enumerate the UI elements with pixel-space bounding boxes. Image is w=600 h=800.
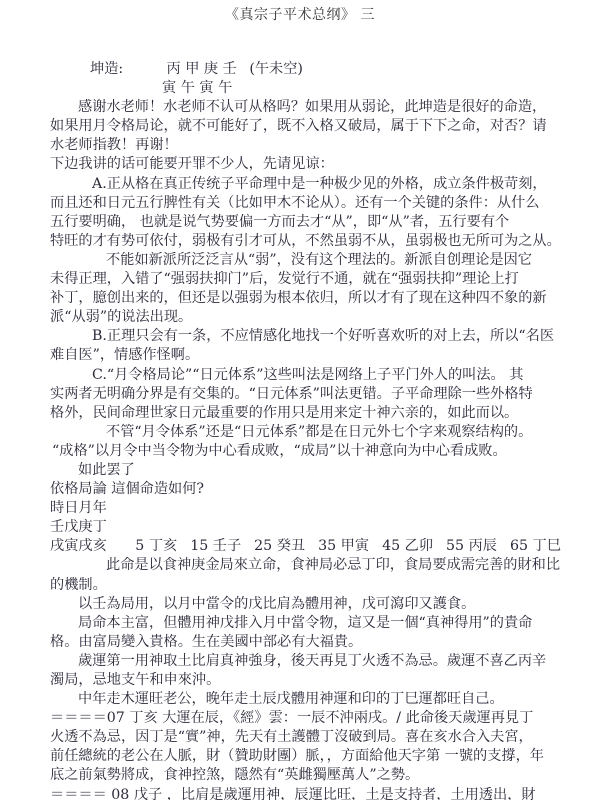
text-line: 火透不為忌，因丁是“實”神，先天有土護體丁沒破到局。喜在亥水合入夫宮， [50,728,482,747]
text-line: 格外，民间命理世家日元最重要的作用只是用来定十神六亲的，如此而以。 [50,404,482,423]
text-line: C.“月令格局论”“日元体系”这些叫法是网络上子平门外人的叫法。 其 [50,366,482,385]
paragraph-block-1: 感谢水老师！水老师不认可从格吗？如果用从弱论，此坤造是很好的命造，如果用月令格局… [50,98,482,537]
text-line: 局命本主富，但體用神戊排入月中當令物，這又是一個“真神得用”的貴命 [50,614,482,633]
dayun-item: 15 壬子 [190,537,241,556]
text-line: 特旺的才有势可依付，弱极有引才可从，不然虽弱不从，虽弱极也无所可为之从。 [50,232,482,251]
text-line: 五行要明确， 也就是说气势要偏一方而去才“从”，即“从”者，五行要有个 [50,213,482,232]
text-line: 下边我讲的话可能要开罪不少人，先请见谅： [50,155,482,174]
dayun-item: 45 乙卯 [382,537,433,556]
document-title: 《真宗子平术总纲》 三 [0,4,600,24]
text-line: B.正理只会有一条，不应情感化地找一个好听喜欢听的对上去，所以“名医 [50,327,482,346]
text-line: A.正从格在真正传统子平命理中是一种极少见的外格，成立条件极苛刻， [50,175,482,194]
text-line: 派“从弱”的说法出现。 [50,308,482,327]
dayun-item: 5 丁亥 [135,537,177,556]
dayun-item: 35 甲寅 [318,537,369,556]
text-line: 补丁，臆创出来的，但还是以强弱为根本依归，所以才有了现在这种四不象的新 [50,289,482,308]
chart-stems: 丙 甲 庚 壬 [167,61,237,77]
dayun-row: 戌寅戌亥 5 丁亥15 壬子25 癸丑35 甲寅45 乙卯 55 丙辰65 丁巳 [50,537,482,556]
text-line: ＝＝＝＝07 丁亥 大運在辰，《經》雲：一辰不沖兩戌。/ 此命後天歲運再見丁 [50,709,482,728]
text-line: 难自医”，情感作怪啊。 [50,346,482,365]
text-line: 底之前氣勢將成，食神控煞，隱然有“英雌獨壓萬人”之勢。 [50,766,482,785]
text-line: 格。由富局變入貴格。生在美國中部必有大福貴。 [50,633,482,652]
text-line: 水老师指教！再谢！ [50,136,482,155]
text-line: 時日月年 [50,499,482,518]
chart-note: (午未空) [241,61,303,77]
text-line: “成格”以月令中当令物为中心看成败，“成局”以十神意向为中心看成败。 [50,442,482,461]
document-body: 坤造: 丙 甲 庚 壬 (午未空) 寅 午 寅 午 感谢水老师！水老师不认可从格… [50,60,482,800]
chart-branches: 寅 午 寅 午 [162,80,232,96]
dayun-list: 5 丁亥15 壬子25 癸丑35 甲寅45 乙卯 55 丙辰65 丁巳 [111,537,574,556]
dayun-item: 25 癸丑 [254,537,305,556]
text-line: 实两者无明确分界是有交集的。“日元体系”叫法更错。子平命理除一些外格特 [50,385,482,404]
chart-branches-row: 寅 午 寅 午 [50,79,482,98]
text-line: 而且还和日元五行脾性有关（比如甲木不论从）。还有一个关键的条件：从什么 [50,194,482,213]
text-line: 感谢水老师！水老师不认可从格吗？如果用从弱论，此坤造是很好的命造， [50,98,482,117]
text-line: 前任總統的老公在人脈，財（贊助財團）脈，，方面給他天字第 一號的支撐，年 [50,747,482,766]
paragraph-block-2: 此命是以食神庚金局來立命，食神局必忌丁印，食局要成需完善的財和比的機制。以壬為局… [50,556,482,800]
text-line: 壬戊庚丁 [50,518,482,537]
dayun-item: 55 丙辰 [446,537,497,556]
chart-label: 坤造: [90,60,162,79]
dayun-pillar: 戌寅戌亥 [50,538,107,554]
text-line: 如此罢了 [50,461,482,480]
chart-stems-row: 坤造: 丙 甲 庚 壬 (午未空) [50,60,482,79]
text-line: 濁局，忌地支午和申來沖。 [50,671,482,690]
text-line: 不能如新派所泛泛言从“弱”，没有这个理法的。新派自创理论是因它 [50,251,482,270]
text-line: 的機制。 [50,576,482,595]
text-line: ＝＝＝＝ 08 戊子 ，比肩是歲運用神，辰運比旺，土是支持者，土用透出，財 [50,786,482,800]
text-line: 中年走木運旺老公，晚年走土辰戊體用神運和印的丁巳運都旺自己。 [50,690,482,709]
text-line: 歲運第一用神取土比肩真神強身，後天再見丁火透不為忌。歲運不喜乙丙辛 [50,652,482,671]
text-line: 不管“月令体系”还是“日元体系”都是在日元外七个字来观察结构的。 [50,423,482,442]
text-line: 未得正理，入错了“强弱扶抑门”后，发觉行不通，就在“强弱扶抑”理论上打 [50,270,482,289]
text-line: 如果用月令格局论，就不可能好了，既不入格又破局，属于下下之命，对否？请 [50,117,482,136]
text-line: 以壬為局用，以月中當令的戊比肩為體用神，戊可瀉印又護食。 [50,595,482,614]
dayun-item: 65 丁巳 [510,537,561,556]
text-line: 此命是以食神庚金局來立命，食神局必忌丁印，食局要成需完善的財和比 [50,556,482,575]
text-line: 依格局論 這個命造如何? [50,480,482,499]
